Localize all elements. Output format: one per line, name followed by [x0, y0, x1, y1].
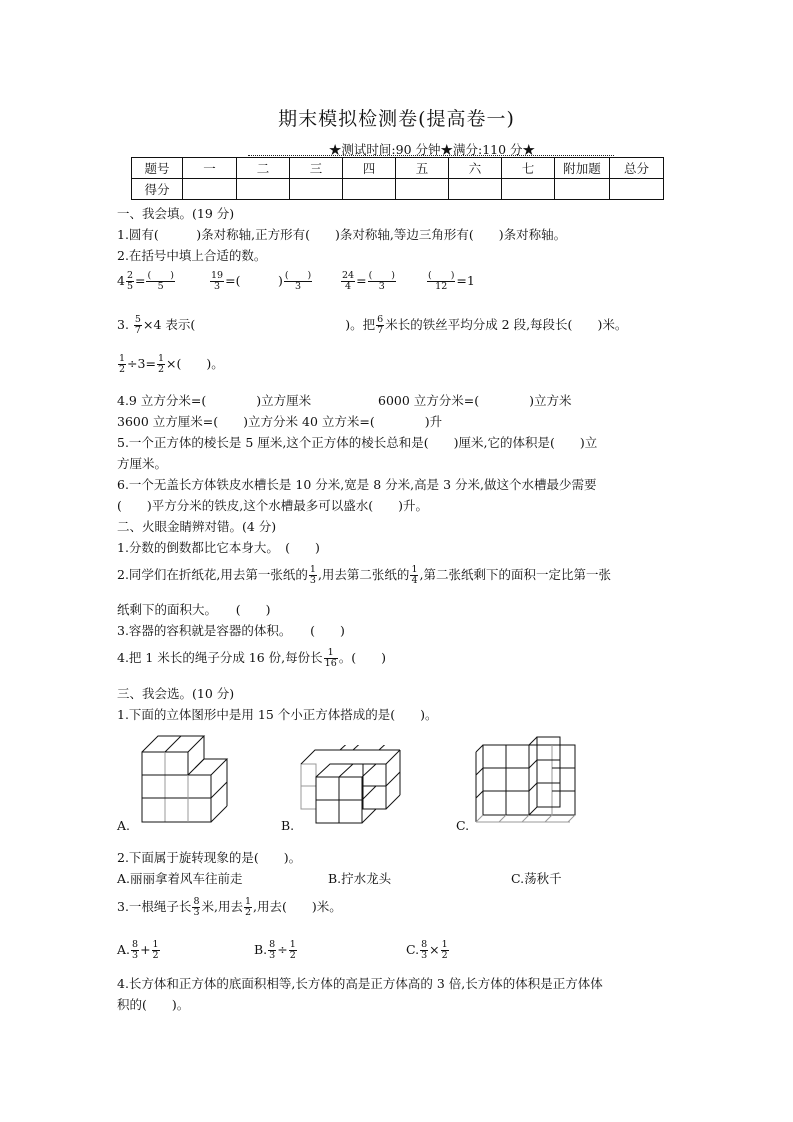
score-input-cell[interactable] [290, 179, 343, 200]
equals-blank[interactable]: =( ) [225, 273, 283, 288]
score-input-cell[interactable] [237, 179, 290, 200]
option-c[interactable]: C.83×12 [406, 940, 450, 961]
question-text: 3.容器的容积就是容器的体积。 ( ) [117, 621, 345, 639]
question-3b: 12÷3=12×( )。 [117, 354, 224, 375]
equals: =1 [456, 273, 474, 288]
option-c-label[interactable]: C. [456, 818, 469, 833]
option-a[interactable]: A.83+12 [117, 940, 161, 961]
fraction: 25 [126, 271, 134, 292]
table-cell: 一 [183, 158, 237, 179]
score-input-cell[interactable] [610, 179, 664, 200]
table-cell: 四 [343, 158, 396, 179]
question-text: ×4 表示( [143, 317, 195, 332]
fraction: 13 [309, 565, 317, 586]
option-b[interactable]: B.83÷12 [254, 940, 298, 961]
score-input-cell[interactable] [343, 179, 396, 200]
question-text: ,用去第二张纸的 [318, 567, 409, 582]
question-text: 1.分数的倒数都比它本身大。 ( ) [117, 538, 320, 556]
score-input-cell[interactable] [449, 179, 502, 200]
question-text: 2.在括号中填上合适的数。 [117, 246, 266, 264]
question-text: 积的( )。 [117, 995, 189, 1013]
question-text: 纸剩下的面积大。 ( ) [117, 600, 271, 618]
table-row-header: 题号 一 二 三 四 五 六 七 附加题 总分 [132, 158, 664, 179]
score-table: 题号 一 二 三 四 五 六 七 附加题 总分 得分 [131, 157, 664, 200]
option-b[interactable]: B.拧水龙头 [328, 869, 391, 887]
table-cell: 五 [396, 158, 449, 179]
question-3: 3. 57×4 表示()。把67米长的铁丝平均分成 2 段,每段长( )米。 [117, 315, 627, 336]
question-text: 4.长方体和正方体的底面积相等,长方体的高是正方体高的 3 倍,长方体的体积是正… [117, 974, 603, 992]
fraction: 67 [376, 315, 384, 336]
fraction: 57 [134, 315, 142, 336]
section-heading: 三、我会选。(10 分) [117, 684, 234, 702]
page-title: 期末模拟检测卷(提高卷一) [0, 104, 793, 131]
question-3: 3.一根绳子长83米,用去12,用去( )米。 [117, 897, 342, 918]
question-text: )。把 [345, 317, 375, 332]
fraction-blank[interactable]: ( )3 [284, 271, 312, 292]
section-heading: 二、火眼金睛辨对错。(4 分) [117, 517, 276, 535]
fraction: 193 [210, 271, 224, 292]
question-text: 4.把 1 米长的绳子分成 16 份,每份长 [117, 650, 323, 665]
score-input-cell[interactable] [502, 179, 555, 200]
question-text: 方厘米。 [117, 454, 167, 472]
fraction: 83 [192, 897, 200, 918]
equals: = [356, 273, 366, 288]
score-input-cell[interactable] [183, 179, 237, 200]
option-a-label[interactable]: A. [117, 818, 130, 833]
question-text: ×( )。 [166, 356, 224, 371]
table-cell: 六 [449, 158, 502, 179]
question-text: ÷3= [127, 356, 156, 371]
question-text: ( )平方分米的铁皮,这个水槽最多可以盛水( )升。 [117, 496, 428, 514]
fraction-blank[interactable]: ( )12 [427, 271, 455, 292]
fraction-blank[interactable]: ( )5 [146, 271, 174, 292]
question-text: 3.一根绳子长 [117, 899, 191, 914]
score-input-cell[interactable] [555, 179, 610, 200]
fraction: 14 [410, 565, 418, 586]
fraction: 116 [324, 648, 338, 669]
question-4: 4.把 1 米长的绳子分成 16 份,每份长116。( ) [117, 648, 386, 669]
question-2: 2.同学们在折纸花,用去第一张纸的13,用去第二张纸的14,第二张纸剩下的面积一… [117, 565, 611, 586]
table-cell: 附加题 [555, 158, 610, 179]
fraction-item: ( )12=1 [426, 271, 475, 292]
equals: = [135, 273, 145, 288]
dotted-divider [248, 155, 614, 156]
question-text: 米,用去 [201, 899, 242, 914]
question-text: 。( ) [339, 650, 386, 665]
table-cell: 三 [290, 158, 343, 179]
cube-figure-c [470, 733, 585, 828]
fraction-item: 425=( )5 [117, 271, 176, 292]
table-cell: 题号 [132, 158, 183, 179]
question-text: 3600 立方厘米=( )立方分米 40 立方米=( )升 [117, 412, 442, 430]
question-text: 2.下面属于旋转现象的是( )。 [117, 848, 301, 866]
fraction: 244 [341, 271, 355, 292]
table-cell: 得分 [132, 179, 183, 200]
question-text: 6000 立方分米=( )立方米 [378, 391, 572, 409]
table-cell: 总分 [610, 158, 664, 179]
cube-figure-b [295, 745, 410, 830]
question-text: 2.同学们在折纸花,用去第一张纸的 [117, 567, 308, 582]
question-text: ,用去( )米。 [253, 899, 342, 914]
fraction: 12 [118, 354, 126, 375]
section-heading: 一、我会填。(19 分) [117, 204, 234, 222]
cube-figure-a [130, 728, 240, 828]
score-input-cell[interactable] [396, 179, 449, 200]
table-cell: 二 [237, 158, 290, 179]
question-text: 5.一个正方体的棱长是 5 厘米,这个正方体的棱长总和是( )厘米,它的体积是(… [117, 433, 597, 451]
question-text: 米长的铁丝平均分成 2 段,每段长( )米。 [385, 317, 627, 332]
whole-number: 4 [117, 273, 125, 288]
fraction-item: 244=( )3 [340, 271, 397, 292]
option-b-label[interactable]: B. [281, 818, 294, 833]
fraction: 12 [244, 897, 252, 918]
option-c[interactable]: C.荡秋千 [511, 869, 562, 887]
option-a[interactable]: A.丽丽拿着风车往前走 [117, 869, 243, 887]
question-text: ,第二张纸剩下的面积一定比第一张 [419, 567, 610, 582]
fraction: 12 [157, 354, 165, 375]
fraction-item: 193=( )( )3 [209, 271, 313, 292]
question-text: 4.9 立方分米=( )立方厘米 [117, 391, 311, 409]
question-text: 1.圆有( )条对称轴,正方形有( )条对称轴,等边三角形有( )条对称轴。 [117, 225, 566, 243]
q-number: 3. [117, 317, 129, 332]
fraction-blank[interactable]: ( )3 [368, 271, 396, 292]
question-text: 1.下面的立体图形中是用 15 个小正方体搭成的是( )。 [117, 705, 438, 723]
table-cell: 七 [502, 158, 555, 179]
table-row-score: 得分 [132, 179, 664, 200]
question-text: 6.一个无盖长方体铁皮水槽长是 10 分米,宽是 8 分米,高是 3 分米,做这… [117, 475, 597, 493]
